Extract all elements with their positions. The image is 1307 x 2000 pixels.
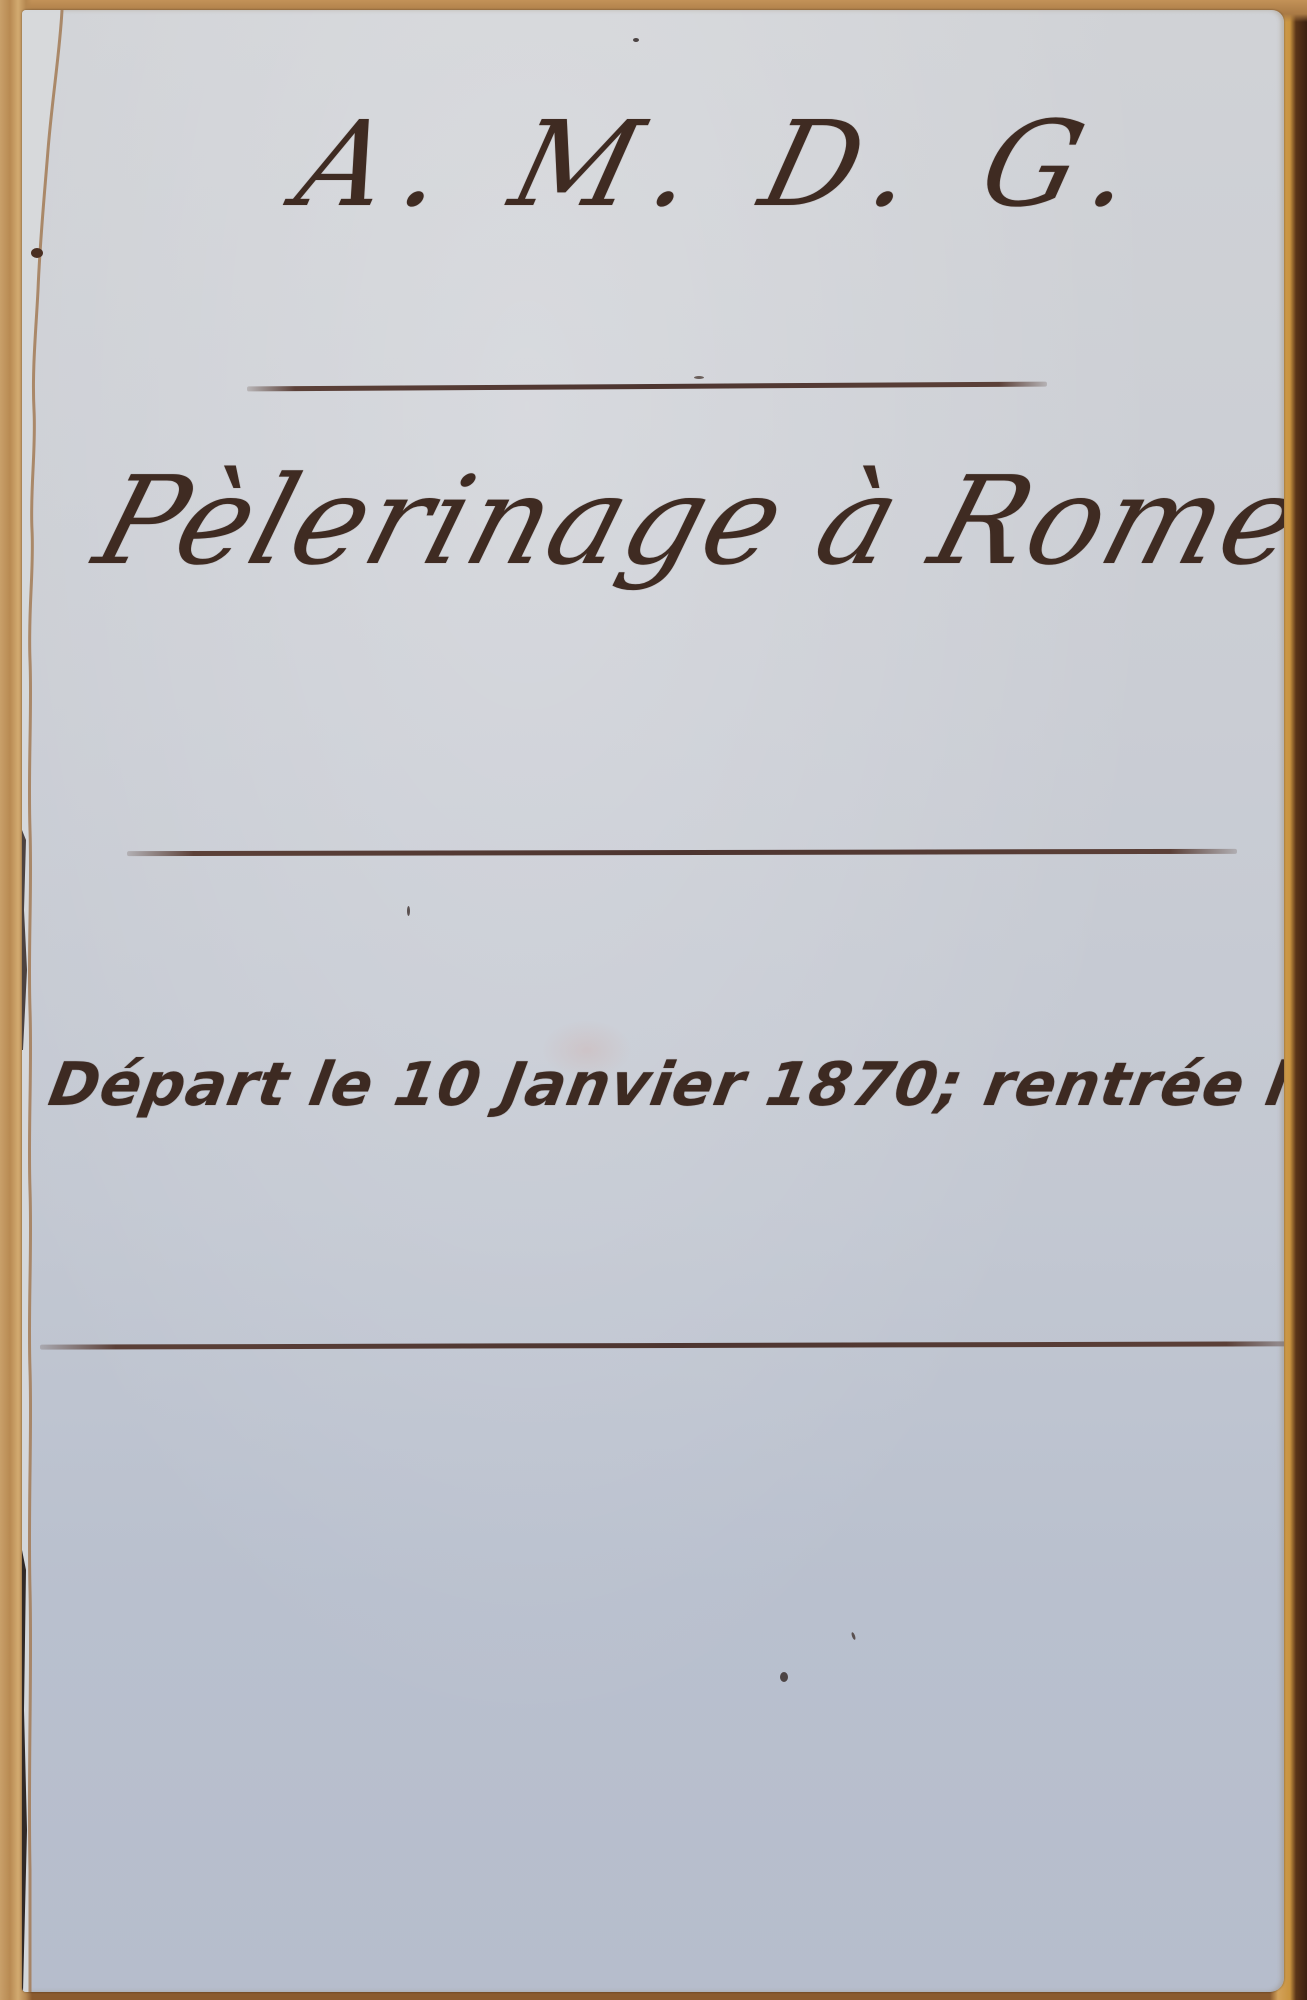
ink-speck — [851, 1632, 857, 1641]
divider-rule-middle — [127, 849, 1237, 856]
ink-speck — [407, 906, 410, 916]
divider-rule-bottom — [40, 1341, 1284, 1349]
notebook-page: A. M. D. G. Pèlerinage à Rome Départ le … — [22, 10, 1284, 1992]
monogram-amdg: A. M. D. G. — [285, 95, 1166, 233]
divider-rule-top — [247, 382, 1047, 392]
ink-speck — [780, 1672, 788, 1682]
travel-dates-line: Départ le 10 Janvier 1870; rentrée le 25… — [44, 1050, 1284, 1120]
photo-scene: A. M. D. G. Pèlerinage à Rome Départ le … — [0, 0, 1307, 2000]
ink-speck — [694, 376, 704, 379]
page-title: Pèlerinage à Rome — [82, 450, 1284, 592]
ink-speck — [633, 38, 639, 42]
torn-fold-edge — [22, 10, 92, 1992]
